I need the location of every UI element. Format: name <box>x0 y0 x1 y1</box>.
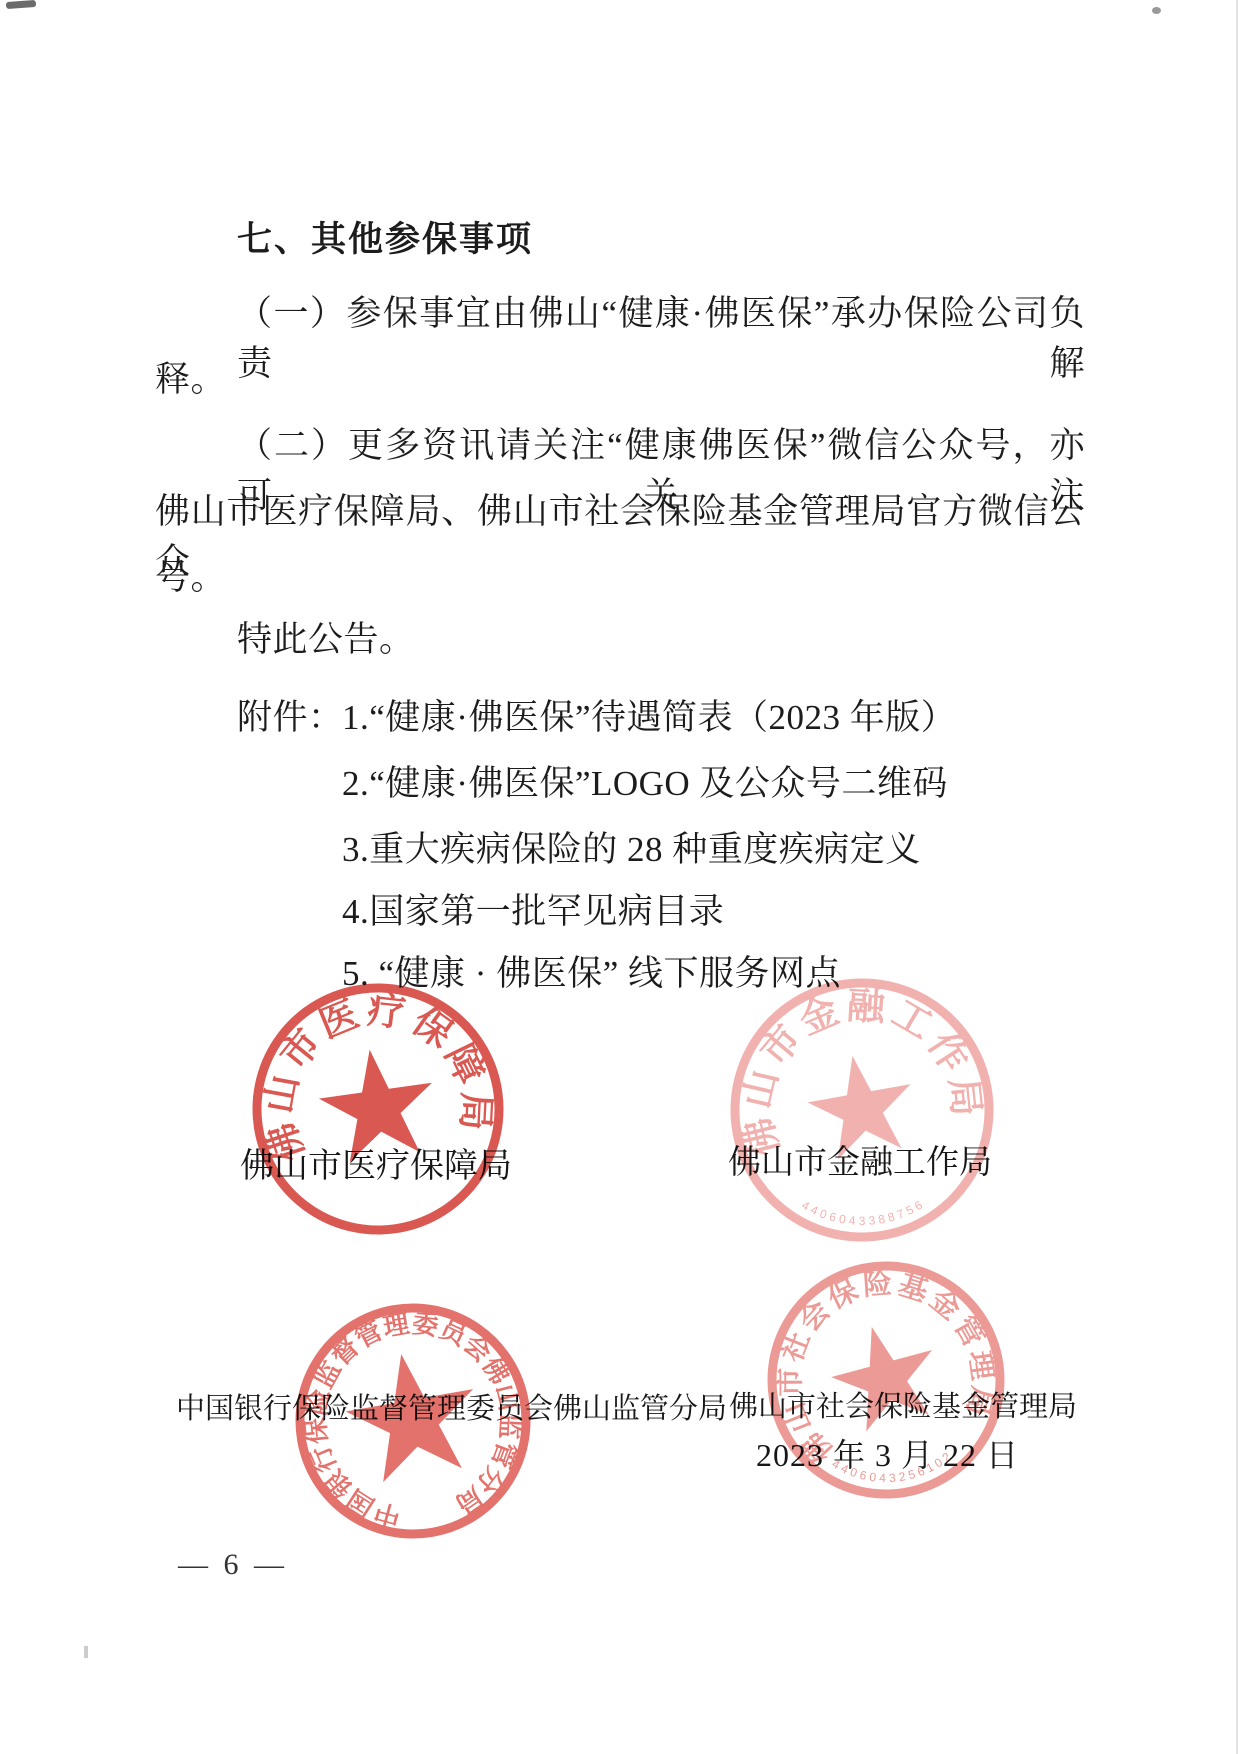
scanned-document-page: 七、其他参保事项 （一）参保事宜由佛山“健康·佛医保”承办保险公司负责解 释。 … <box>0 0 1240 1754</box>
paragraph-2-line-3: 号。 <box>155 550 226 600</box>
signature-cbirc-foshan: 中国银行保险监督管理委员会佛山监管分局 <box>176 1386 727 1427</box>
paragraph-2-line-2: 佛山市医疗保障局、佛山市社会保险基金管理局官方微信公众 <box>155 484 1085 584</box>
attachment-item: 2.“健康·佛医保”LOGO 及公众号二维码 <box>342 756 948 806</box>
paragraph-1-line-2: 释。 <box>155 352 226 402</box>
paragraph-1-line-1: （一）参保事宜由佛山“健康·佛医保”承办保险公司负责解 <box>237 286 1085 386</box>
svg-text:4406043388756: 4406043388756 <box>797 1177 929 1240</box>
signature-finance-bureau: 佛山市金融工作局 <box>728 1136 992 1183</box>
attachments-label: 附件： <box>237 690 344 740</box>
attachment-item: 5. “健康 · 佛医保” 线下服务网点 <box>342 946 841 996</box>
scan-artifact <box>6 0 36 9</box>
seal-finance-bureau: 佛山市金融工作局4406043388756 <box>716 964 1008 1256</box>
signature-medical-bureau: 佛山市医疗保障局 <box>240 1138 512 1187</box>
attachment-item: 3.重大疾病保险的 28 种重度疾病定义 <box>342 822 921 872</box>
section-heading: 七、其他参保事项 <box>237 212 533 262</box>
seal-medical-bureau: 佛山市医疗保障局 <box>238 969 518 1249</box>
closing-statement: 特此公告。 <box>237 612 415 662</box>
page-number: — 6 — <box>178 1548 288 1582</box>
document-date: 2023 年 3 月 22 日 <box>756 1430 1019 1476</box>
signature-social-insurance-fund: 佛山市社会保险基金管理局 <box>729 1384 1077 1425</box>
attachment-item: 1.“健康·佛医保”待遇简表（2023 年版） <box>342 690 956 740</box>
scan-artifact <box>84 1646 88 1658</box>
scan-edge-line <box>1236 0 1238 1754</box>
scan-artifact <box>1152 7 1161 14</box>
attachment-item: 4.国家第一批罕见病目录 <box>342 884 724 934</box>
